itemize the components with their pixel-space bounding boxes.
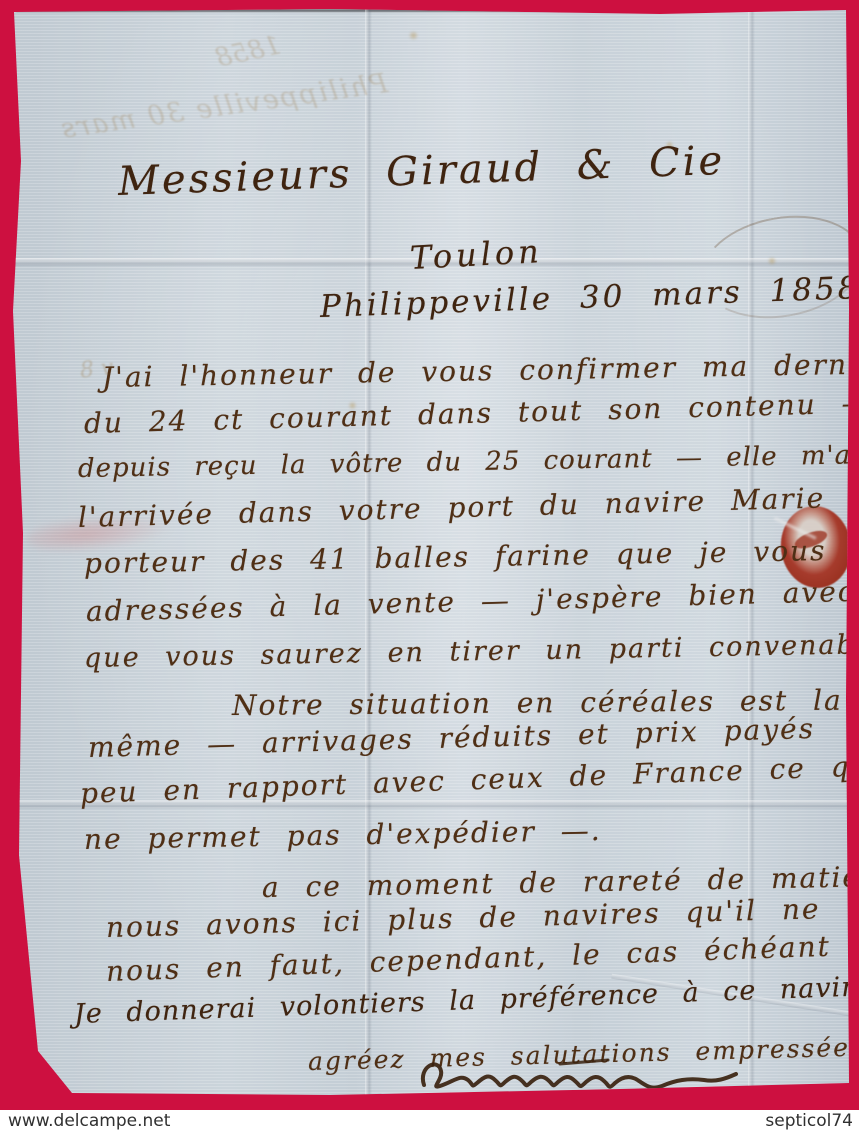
- body-line: l'arrivée dans votre port du navire Mari…: [78, 480, 859, 534]
- body-line: porteur des 41 balles farine que je vous…: [84, 533, 859, 580]
- ghost-year-mirror: 1858: [213, 30, 284, 73]
- watermark-site: www.delcampe.net: [8, 1111, 170, 1131]
- watermark-bar: www.delcampe.net septicol74: [0, 1110, 859, 1131]
- body-line: depuis reçu la vôtre du 25 courant — ell…: [78, 439, 859, 484]
- foxing-spot: [408, 31, 419, 40]
- watermark-seller: septicol74: [765, 1111, 853, 1131]
- dateline-flourish: [693, 204, 859, 331]
- recipient-city: Toulon: [409, 232, 544, 277]
- body-line: que vous saurez en tirer un parti conven…: [84, 628, 859, 674]
- body-line: adressées à la vente — j'espère bien ave…: [86, 572, 859, 628]
- body-line: du 24 ct courant dans tout son contenu —…: [84, 384, 859, 440]
- letter-paper: 1858 Philippeville 30 mars 8 v Messieurs…: [10, 9, 849, 1095]
- letter-photo: 1858 Philippeville 30 mars 8 v Messieurs…: [0, 0, 859, 1131]
- recipient-line: Messieurs Giraud & Cie: [117, 138, 726, 205]
- signature-scrawl: [410, 1049, 750, 1097]
- body-line: ne permet pas d'expédier —.: [84, 814, 602, 856]
- ghost-dateline-mirror: Philippeville 30 mars: [57, 68, 389, 145]
- body-line: J'ai l'honneur de vous confirmer ma dern…: [102, 347, 859, 394]
- paper-top-edge-shadow: [16, 9, 646, 12]
